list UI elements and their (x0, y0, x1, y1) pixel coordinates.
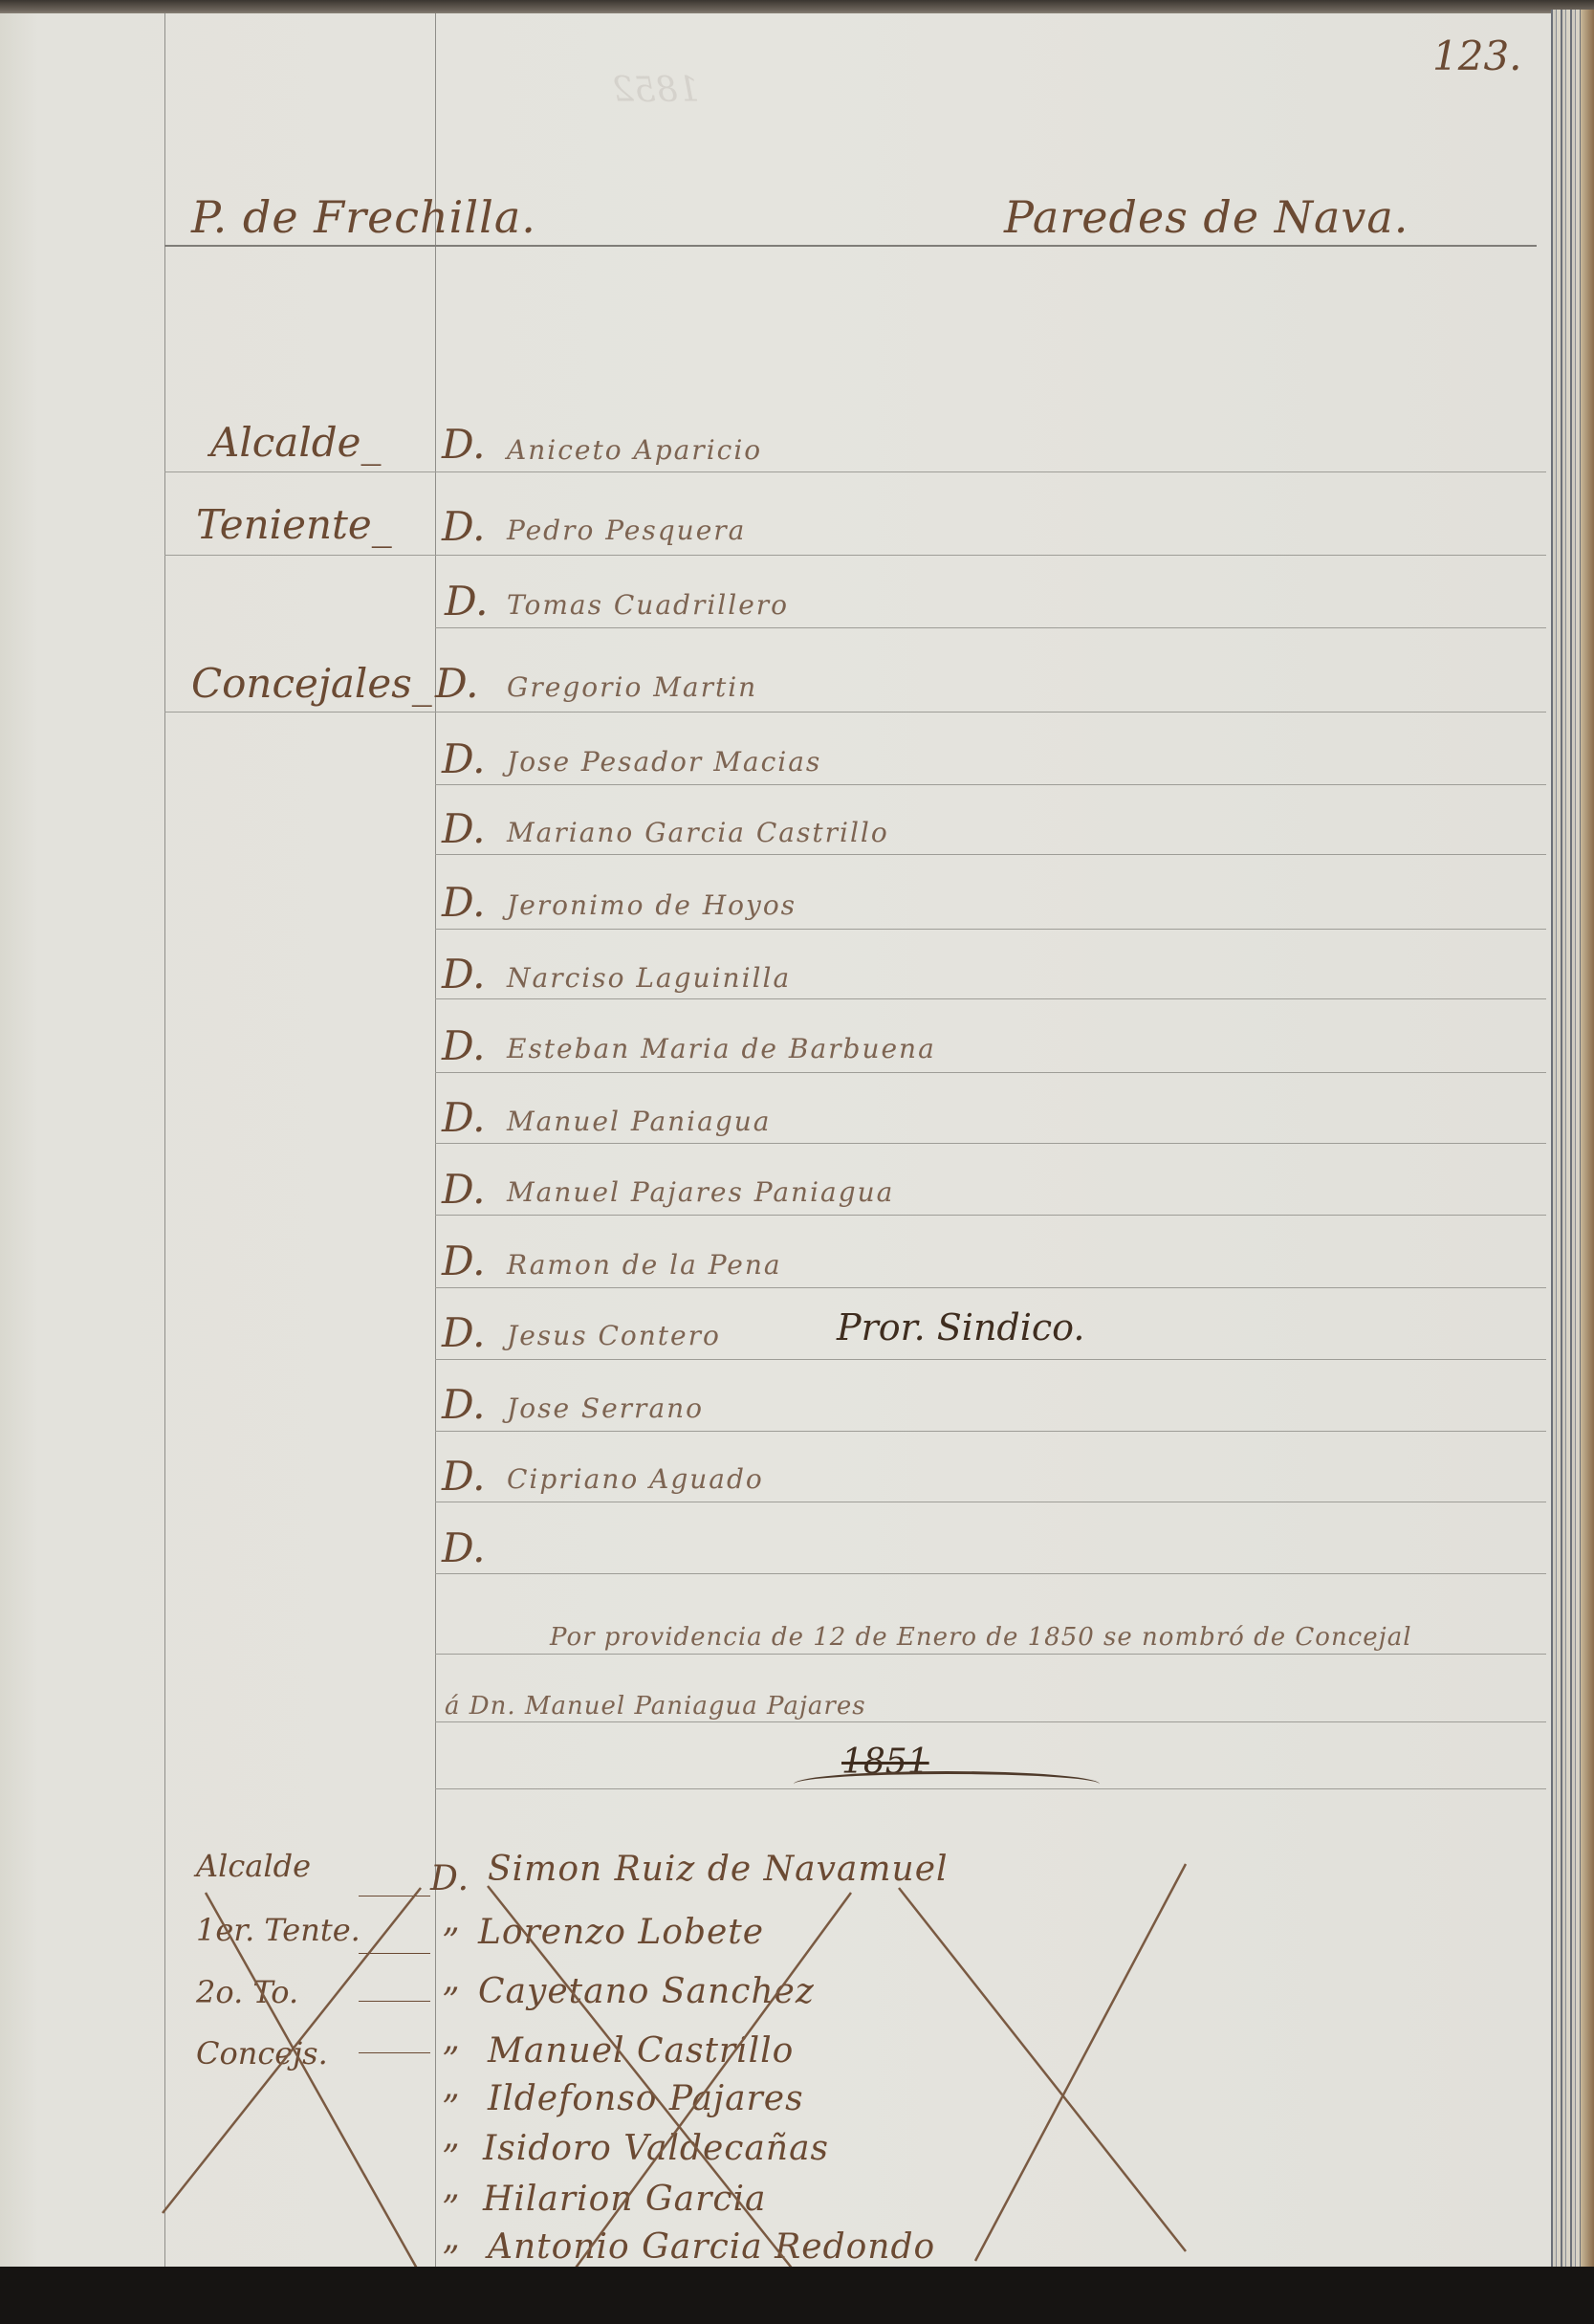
ledger-page: 1852 123. P. de Frechilla. Paredes de Na… (0, 13, 1551, 2275)
book-bottom-edge (0, 2267, 1594, 2324)
cross-out-marks (0, 13, 1551, 2275)
page-stack-edge (1551, 10, 1594, 2286)
